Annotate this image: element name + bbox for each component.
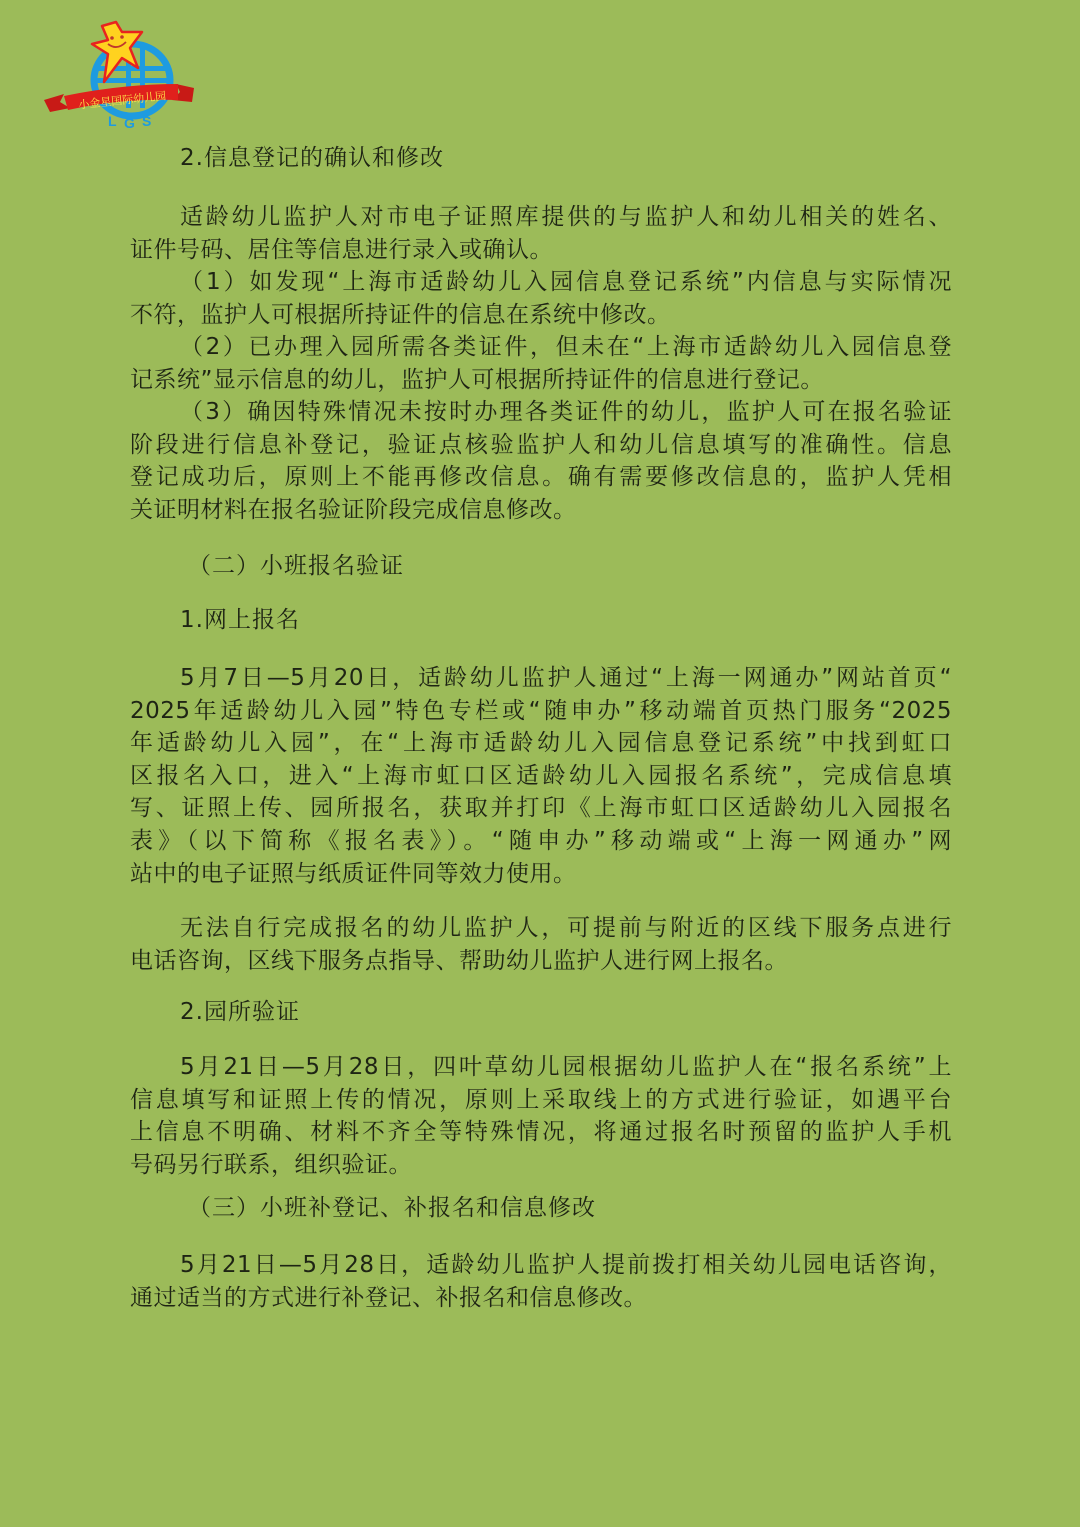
paragraph-online-registration: 5月7日—5月20日，适龄幼儿监护人通过“上海一网通办”网站首页“ 2025年适… [130,662,952,890]
svg-text:L: L [108,113,117,129]
school-logo: L G S 小金星国际幼儿园 [42,18,198,130]
text-line: 记系统”显示信息的幼儿，监护人可根据所持证件的信息进行登记。 [130,364,952,397]
text-line: 年适龄幼儿入园”，在“上海市适龄幼儿入园信息登记系统”中找到虹口 [130,727,952,760]
section-heading-info-confirm: 2.信息登记的确认和修改 [130,142,1002,174]
text-line: 无法自行完成报名的幼儿监护人，可提前与附近的区线下服务点进行 [130,912,952,945]
text-line: 站中的电子证照与纸质证件同等效力使用。 [130,858,952,891]
text-line: 号码另行联系，组织验证。 [130,1149,952,1182]
part-heading-supplementary: （三）小班补登记、补报名和信息修改 [130,1192,1010,1224]
paragraph-intro: 适龄幼儿监护人对市电子证照库提供的与监护人和幼儿相关的姓名、 证件号码、居住等信… [130,201,952,266]
text-line: （3）确因特殊情况未按时办理各类证件的幼儿，监护人可在报名验证 [130,396,952,429]
text-line: 电话咨询，区线下服务点指导、帮助幼儿监护人进行网上报名。 [130,945,952,978]
paragraph-item-1: （1）如发现“上海市适龄幼儿入园信息登记系统”内信息与实际情况 不符，监护人可根… [130,266,952,331]
text-line: 5月7日—5月20日，适龄幼儿监护人通过“上海一网通办”网站首页“ [130,662,952,695]
text-line: 关证明材料在报名验证阶段完成信息修改。 [130,494,952,527]
text-line: 区报名入口，进入“上海市虹口区适龄幼儿入园报名系统”，完成信息填 [130,760,952,793]
text-line: 信息填写和证照上传的情况，原则上采取线上的方式进行验证，如遇平台 [130,1084,952,1117]
paragraph-supplementary: 5月21日—5月28日，适龄幼儿监护人提前拨打相关幼儿园电话咨询， 通过适当的方… [130,1249,952,1314]
section-heading-online: 1.网上报名 [130,604,1002,636]
text-line: （1）如发现“上海市适龄幼儿入园信息登记系统”内信息与实际情况 [130,266,952,299]
svg-text:G: G [124,115,135,130]
text-line: （2）已办理入园所需各类证件，但未在“上海市适龄幼儿入园信息登 [130,331,952,364]
text-line: 不符，监护人可根据所持证件的信息在系统中修改。 [130,299,952,332]
text-line: 阶段进行信息补登记，验证点核验监护人和幼儿信息填写的准确性。信息 [130,429,952,462]
section-heading-verification: 2.园所验证 [130,996,1002,1028]
paragraph-item-2: （2）已办理入园所需各类证件，但未在“上海市适龄幼儿入园信息登 记系统”显示信息… [130,331,952,396]
paragraph-verification: 5月21日—5月28日，四叶草幼儿园根据幼儿监护人在“报名系统”上 信息填写和证… [130,1051,952,1181]
text-line: 证件号码、居住等信息进行录入或确认。 [130,234,952,267]
text-line: 5月21日—5月28日，四叶草幼儿园根据幼儿监护人在“报名系统”上 [130,1051,952,1084]
text-line: 表》（以下简称《报名表》）。“随申办”移动端或“上海一网通办”网 [130,825,952,858]
text-line: 适龄幼儿监护人对市电子证照库提供的与监护人和幼儿相关的姓名、 [130,201,952,234]
svg-text:S: S [142,113,151,129]
paragraph-item-3: （3）确因特殊情况未按时办理各类证件的幼儿，监护人可在报名验证 阶段进行信息补登… [130,396,952,526]
globe-star-logo-icon: L G S 小金星国际幼儿园 [42,18,198,130]
part-heading-registration: （二）小班报名验证 [130,550,1010,582]
text-line: 通过适当的方式进行补登记、补报名和信息修改。 [130,1282,952,1315]
text-line: 2025年适龄幼儿入园”特色专栏或“随申办”移动端首页热门服务“2025 [130,695,952,728]
text-line: 登记成功后，原则上不能再修改信息。确有需要修改信息的，监护人凭相 [130,461,952,494]
text-line: 写、证照上传、园所报名，获取并打印《上海市虹口区适龄幼儿入园报名 [130,792,952,825]
text-line: 5月21日—5月28日，适龄幼儿监护人提前拨打相关幼儿园电话咨询， [130,1249,952,1282]
paragraph-offline-help: 无法自行完成报名的幼儿监护人，可提前与附近的区线下服务点进行 电话咨询，区线下服… [130,912,952,977]
text-line: 上信息不明确、材料不齐全等特殊情况，将通过报名时预留的监护人手机 [130,1116,952,1149]
